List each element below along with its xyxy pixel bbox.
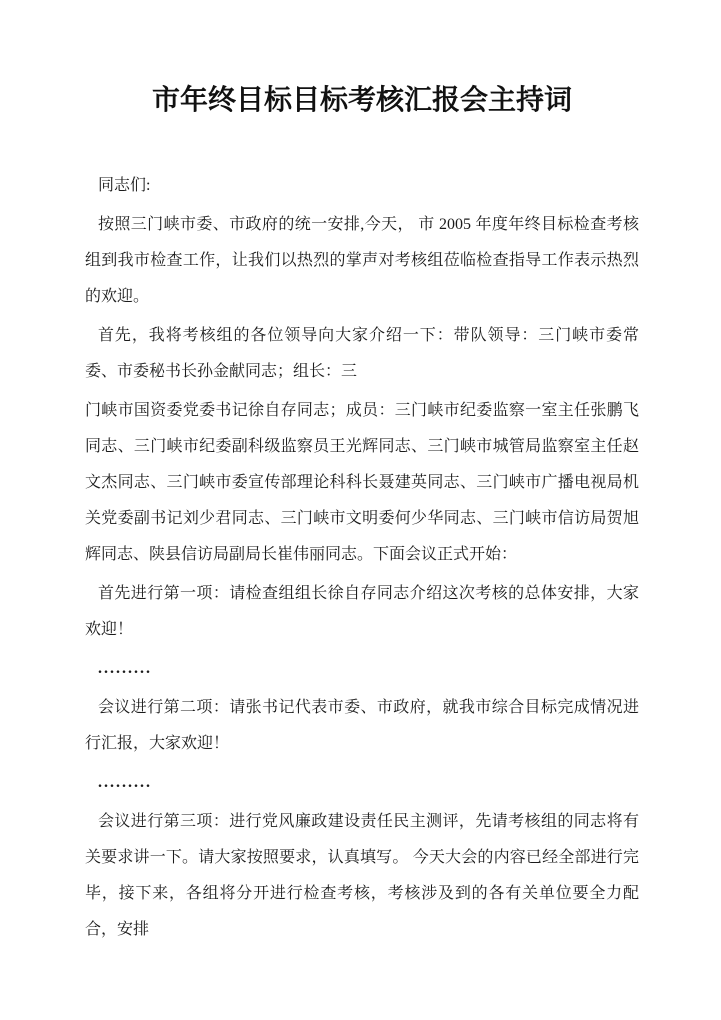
paragraph-salutation: 同志们:: [85, 168, 639, 204]
ellipsis-placeholder-1: .........: [85, 651, 639, 687]
paragraph-agenda-item-3: 会议进行第三项：进行党风廉政建设责任民主测评，先请考核组的同志将有关要求讲一下。…: [85, 804, 639, 948]
paragraph-members-list: 门峡市国资委党委书记徐自存同志；成员：三门峡市纪委监察一室主任张鹏飞同志、三门峡…: [85, 393, 639, 573]
document-title: 市年终目标目标考核汇报会主持词: [85, 84, 639, 118]
paragraph-opening: 按照三门峡市委、市政府的统一安排,今天， 市 2005 年度年终目标检查考核组到…: [85, 207, 639, 315]
paragraph-agenda-item-1: 首先进行第一项：请检查组组长徐自存同志介绍这次考核的总体安排，大家欢迎！: [85, 576, 639, 648]
paragraph-leaders-intro: 首先，我将考核组的各位领导向大家介绍一下：带队领导：三门峡市委常委、市委秘书长孙…: [85, 318, 639, 390]
ellipsis-placeholder-2: .........: [85, 765, 639, 801]
document-page: 市年终目标目标考核汇报会主持词 同志们: 按照三门峡市委、市政府的统一安排,今天…: [0, 0, 721, 1020]
paragraph-agenda-item-2: 会议进行第二项：请张书记代表市委、市政府，就我市综合目标完成情况进行汇报，大家欢…: [85, 690, 639, 762]
